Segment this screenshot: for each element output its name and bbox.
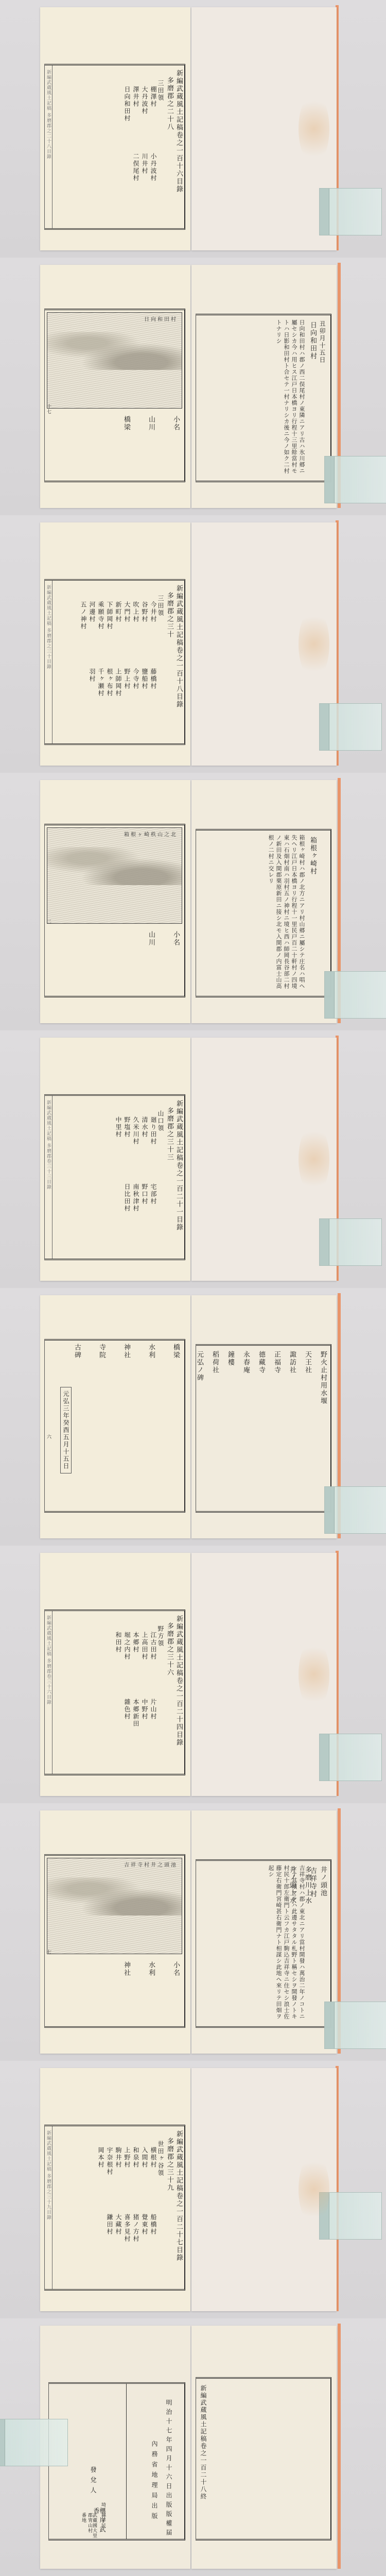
- printed-frame-left: 橋梁水利神社寺院古碑元弘三年癸酉五月十五日六: [44, 1339, 185, 1513]
- printed-frame-left: 日向和田村小名山川橋梁十七: [44, 309, 185, 482]
- village-entry: 堀之内村: [124, 1632, 130, 1660]
- village-entry: 覺東村: [142, 2214, 148, 2235]
- sub-heading: 神社: [123, 1344, 130, 1359]
- named-entry: 諏訪社: [289, 1351, 295, 1374]
- named-entry: 稻荷社: [212, 1351, 218, 1374]
- village-entry: 宇奈根村: [107, 2147, 113, 2176]
- village-entry: 駒井村: [115, 2147, 121, 2168]
- page-number: 六: [46, 1434, 50, 1439]
- sub-heading: 橋梁: [123, 416, 130, 431]
- named-entry: 鐘樓: [227, 1351, 234, 1366]
- date-line: 丑卯月十五日: [319, 320, 325, 364]
- printed-frame-left: 箱根ヶ崎秩山之北小名山川二: [44, 824, 185, 997]
- left-page: 新編武蔵風土記稿 多磨郡之二十八目錄新編武蔵風土記稿卷之一百十六目錄多磨郡之二十…: [40, 7, 190, 250]
- photo-10-colophon: 明治十七年四月十六日出版版權届內務省地理局出版發兌人埼玉縣平民根岸武香武藏國大里…: [0, 2318, 386, 2576]
- hashira-text: 新編武蔵風土記稿 多磨郡卷三十六目錄: [46, 1615, 50, 1705]
- village-entry: 根ヶ布村: [107, 668, 113, 697]
- section-heading: 箱根ヶ崎村: [309, 837, 316, 875]
- volume-title: 新編武蔵風土記稿卷之一百二十七目錄: [176, 2130, 182, 2262]
- village-entry: 横根村: [150, 2147, 156, 2168]
- illustration-hills: [47, 332, 182, 370]
- hashira-text: 新編武蔵風土記稿 多磨郡之三十目錄: [46, 585, 50, 669]
- village-entry: 鎌田村: [107, 2214, 113, 2235]
- village-entry: 日向和田村: [124, 86, 130, 122]
- printed-frame: 新編武蔵風土記稿 多磨郡之三十九目錄新編武蔵風土記稿卷之一百二十七目錄多磨郡之三…: [44, 2125, 185, 2291]
- named-entry: 德藏寺: [258, 1351, 265, 1374]
- district-heading: 多磨郡之三十九: [166, 2138, 173, 2192]
- sub-heading: 水利: [148, 1961, 154, 1977]
- village-entry: 藤橋村: [150, 668, 156, 690]
- volume-title: 新編武蔵風土記稿卷之一百二十四目錄: [176, 1615, 182, 1747]
- named-entry: 野火止村用水堰: [320, 1351, 326, 1405]
- acrylic-page-weight: [319, 188, 382, 235]
- domain-heading: 山口領: [157, 1110, 164, 1132]
- illustration-caption: 吉祥寺村井之頭池: [124, 1860, 178, 1868]
- village-entry: 野塩村: [124, 1116, 130, 1138]
- photo-3-toc: 新編武蔵風土記稿 多磨郡之三十目錄新編武蔵風土記稿卷之一百十八目錄多磨郡之三十三…: [0, 515, 386, 773]
- village-entry: 大丹波村: [142, 86, 148, 115]
- village-entry: 野口村: [142, 1183, 148, 1205]
- body-text: 日向和田村ハ郡ノ西二俣尾村ノ東隣ニアリ古ハ氷川郷ニ屬セシカ今ハ用ヒス江戸日本橋ヨ…: [199, 319, 306, 477]
- acrylic-page-weight: [324, 1486, 386, 1534]
- hashira: 新編武蔵風土記稿 多磨郡之二十八目錄: [45, 65, 52, 228]
- left-page: 日向和田村小名山川橋梁十七: [40, 265, 190, 508]
- printed-frame-right: 日向和田村丑卯月十五日日向和田村ハ郡ノ西二俣尾村ノ東隣ニアリ古ハ氷川郷ニ屬セシカ…: [196, 314, 331, 482]
- sub-heading: 小名: [172, 416, 179, 431]
- left-page: 新編武蔵風土記稿 多磨郡之三十目錄新編武蔵風土記稿卷之一百十八目錄多磨郡之三十三…: [40, 522, 190, 766]
- seller-address-number: 番地: [81, 2513, 85, 2523]
- sub-heading: 神社: [123, 1961, 130, 1977]
- village-entry: 大門村: [124, 601, 130, 623]
- left-page: 新編武蔵風土記稿 多磨郡卷三十六目錄新編武蔵風土記稿卷之一百二十四目錄多磨郡之三…: [40, 1553, 190, 1796]
- volume-title: 新編武蔵風土記稿卷之一百十六目錄: [176, 70, 182, 193]
- section-heading: 日向和田村: [309, 321, 316, 360]
- village-entry: 羽村: [89, 668, 95, 683]
- village-entry: 千ヶ瀬村: [98, 668, 104, 697]
- village-entry: 今井村: [150, 601, 156, 623]
- printed-frame: 新編武蔵風土記稿 多磨郡卷三十三目錄新編武蔵風土記稿卷之一百二十一目錄多磨郡之三…: [44, 1094, 185, 1260]
- village-entry: 下師岡村: [107, 601, 113, 630]
- village-entry: 二俣尾村: [133, 153, 139, 182]
- village-entry: 上高田村: [142, 1632, 148, 1660]
- village-entry: 五ノ神村: [80, 601, 86, 630]
- landscape-illustration: 吉祥寺村井之頭池: [47, 1858, 182, 1954]
- village-entry: 猪ノ方村: [133, 2214, 139, 2243]
- hashira: 新編武蔵風土記稿 多磨郡卷三十六目錄: [45, 1611, 52, 1774]
- page-number: 七: [46, 1950, 50, 1955]
- landscape-illustration: 日向和田村: [47, 312, 182, 409]
- named-entry: 井ノ頭池: [320, 1866, 326, 1897]
- village-entry: 清水村: [142, 1116, 148, 1138]
- district-heading: 多磨郡之三十: [166, 592, 173, 638]
- village-entry: 南秋津村: [133, 1183, 139, 1212]
- photo-4-spread: 箱根ヶ崎秩山之北小名山川二箱根ヶ崎村箱根ヶ崎村ハ郡ノ北方ニアリ村山郷ニ屬シテ庄名…: [0, 773, 386, 1030]
- page-number: 十七: [46, 404, 50, 414]
- printed-frame: 新編武蔵風土記稿 多磨郡之二十八目錄新編武蔵風土記稿卷之一百十六目錄多磨郡之二十…: [44, 64, 185, 230]
- sub-heading: 小名: [172, 1961, 179, 1977]
- acrylic-page-weight: [324, 2002, 386, 2049]
- acrylic-page-weight: [324, 971, 386, 1019]
- illustration-hills: [47, 1877, 182, 1916]
- photo-1-toc: 新編武蔵風土記稿 多磨郡之二十八目錄新編武蔵風土記稿卷之一百十六目錄多磨郡之二十…: [0, 0, 386, 258]
- printed-frame: 新編武蔵風土記稿 多磨郡之三十目錄新編武蔵風土記稿卷之一百十八目錄多磨郡之三十三…: [44, 579, 185, 745]
- left-page: 橋梁水利神社寺院古碑元弘三年癸酉五月十五日六: [40, 1295, 190, 1538]
- stele-inscription: 元弘三年癸酉五月十五日: [60, 1387, 72, 1473]
- village-entry: 中野村: [142, 1699, 148, 1720]
- colophon-frame: 明治十七年四月十六日出版版權届內務省地理局出版發兌人埼玉縣平民根岸武香武藏國大里…: [48, 2382, 185, 2540]
- photo-9-toc: 新編武蔵風土記稿 多磨郡之三十九目錄新編武蔵風土記稿卷之一百二十七目錄多磨郡之三…: [0, 2061, 386, 2318]
- acrylic-page-weight: [319, 1734, 382, 1781]
- volume-title: 新編武蔵風土記稿卷之一百二十一目錄: [176, 1100, 182, 1231]
- named-entry: 永春庵: [242, 1351, 249, 1374]
- foxing-stain: [299, 608, 329, 680]
- village-entry: 雜色村: [124, 1699, 130, 1720]
- right-page: 日向和田村丑卯月十五日日向和田村ハ郡ノ西二俣尾村ノ東隣ニアリ古ハ氷川郷ニ屬セシカ…: [191, 265, 337, 508]
- sub-heading: 古碑: [74, 1344, 80, 1359]
- village-entry: 上野村: [124, 2147, 130, 2168]
- page-number: 二: [46, 919, 50, 924]
- foxing-stain: [299, 1638, 329, 1710]
- product-photo-gallery: 新編武蔵風土記稿 多磨郡之二十八目錄新編武蔵風土記稿卷之一百十六目錄多磨郡之二十…: [0, 0, 386, 2576]
- domain-heading: 世田ヶ谷領: [157, 2141, 164, 2177]
- illustration-hills: [47, 847, 182, 885]
- acrylic-page-weight: [319, 1218, 382, 1266]
- village-entry: 鹽船村: [142, 668, 148, 690]
- village-entry: 小丹波村: [150, 153, 156, 182]
- village-entry: 和泉村: [133, 2147, 139, 2168]
- named-entry: 正福寺: [273, 1351, 280, 1374]
- hashira-text: 新編武蔵風土記稿 多磨郡之三十九目錄: [46, 2130, 50, 2220]
- village-entry: 中里村: [115, 1116, 121, 1138]
- foxing-stain: [299, 2154, 329, 2226]
- right-page: 新編武蔵風土記稿卷之一百二十八終: [191, 2326, 337, 2569]
- landscape-illustration: 箱根ヶ崎秩山之北: [47, 827, 182, 924]
- sub-heading: 橋梁: [172, 1344, 179, 1359]
- acrylic-page-weight: [0, 2419, 68, 2466]
- publication-date: 明治十七年四月十六日出版版權届: [166, 2399, 172, 2538]
- section-heading: 吉祥寺村: [309, 1867, 316, 1898]
- village-entry: 喜多見村: [124, 2214, 130, 2243]
- photo-6-spread: 橋梁水利神社寺院古碑元弘三年癸酉五月十五日六野火止村用水堰天王社諏訪社正福寺德藏…: [0, 1288, 386, 1546]
- village-entry: 上師岡村: [115, 668, 121, 697]
- district-heading: 多磨郡之三十三: [166, 1107, 173, 1161]
- photo-8-spread: 吉祥寺村井之頭池小名水利神社七井ノ頭池多磨川上水井ノ頭上水吉祥寺村吉祥寺村ハ郡ノ…: [0, 1803, 386, 2061]
- village-entry: 棚澤村: [150, 86, 156, 108]
- left-page: 箱根ヶ崎秩山之北小名山川二: [40, 780, 190, 1023]
- printed-frame-left: 吉祥寺村井之頭池小名水利神社七: [44, 1854, 185, 2028]
- named-entry: 天王社: [304, 1351, 311, 1374]
- printed-frame-right: 野火止村用水堰天王社諏訪社正福寺德藏寺永春庵鐘樓稻荷社元弘ノ碑: [196, 1344, 331, 1513]
- right-page: 箱根ヶ崎村箱根ヶ崎村ハ郡ノ北方ニアリ村山郷ニ屬シテ庄名ハ唱ヘ失ヘリ江戸日本橋ヨリ…: [191, 780, 337, 1023]
- village-entry: 江古田村: [150, 1632, 156, 1660]
- hashira: 新編武蔵風土記稿 多磨郡之三十目錄: [45, 581, 52, 743]
- right-page: 野火止村用水堰天王社諏訪社正福寺德藏寺永春庵鐘樓稻荷社元弘ノ碑: [191, 1295, 337, 1538]
- hashira-text: 新編武蔵風土記稿 多磨郡卷三十三目錄: [46, 1100, 50, 1190]
- closing-line: 新編武蔵風土記稿卷之一百二十八終: [200, 2385, 206, 2500]
- seller-label: 發兌人: [90, 2466, 96, 2497]
- district-heading: 多磨郡之三十六: [166, 1622, 173, 1676]
- village-entry: 和田村: [115, 1632, 121, 1653]
- acrylic-page-weight: [324, 456, 386, 503]
- village-entry: 船橋村: [150, 2214, 156, 2235]
- sub-heading: 山川: [148, 931, 154, 946]
- village-entry: 日比田村: [124, 1183, 130, 1212]
- village-entry: 今寺村: [133, 668, 139, 690]
- village-entry: 片山村: [150, 1699, 156, 1720]
- left-page: 新編武蔵風土記稿 多磨郡卷三十三目錄新編武蔵風土記稿卷之一百二十一目錄多磨郡之三…: [40, 1038, 190, 1281]
- illustration-caption: 日向和田村: [144, 315, 178, 323]
- village-entry: 廻り田村: [150, 1116, 156, 1145]
- right-page: 井ノ頭池多磨川上水井ノ頭上水吉祥寺村吉祥寺村ハ郡ノ東北ニアリ當村開發ハ萬治二年ノ…: [191, 1810, 337, 2054]
- village-entry: 久米川村: [133, 1116, 139, 1145]
- domain-heading: 野方領: [157, 1625, 164, 1647]
- named-entry: 元弘ノ碑: [196, 1351, 203, 1382]
- printed-frame-right: 箱根ヶ崎村箱根ヶ崎村ハ郡ノ北方ニアリ村山郷ニ屬シテ庄名ハ唱ヘ失ヘリ江戸日本橋ヨリ…: [196, 829, 331, 997]
- sub-heading: 水利: [148, 1344, 154, 1359]
- village-entry: 大藏村: [115, 2214, 121, 2235]
- village-entry: 川井村: [142, 153, 148, 175]
- hashira: 新編武蔵風土記稿 多磨郡卷三十三目錄: [45, 1096, 52, 1259]
- village-entry: 入間村: [142, 2147, 148, 2168]
- domain-heading: 三田領: [157, 80, 164, 101]
- village-entry: 吹上村: [133, 601, 139, 623]
- photo-7-toc: 新編武蔵風土記稿 多磨郡卷三十六目錄新編武蔵風土記稿卷之一百二十四目錄多磨郡之三…: [0, 1546, 386, 1803]
- volume-title: 新編武蔵風土記稿卷之一百十八目錄: [176, 585, 182, 708]
- village-entry: 澤井村: [133, 86, 139, 108]
- publisher: 內務省地理局出版: [151, 2441, 157, 2523]
- village-entry: 新町村: [115, 601, 121, 623]
- village-entry: 河邊村: [89, 601, 95, 623]
- village-entry: 岡本村: [98, 2147, 104, 2168]
- foxing-stain: [299, 93, 329, 165]
- left-page: 吉祥寺村井之頭池小名水利神社七: [40, 1810, 190, 2054]
- village-entry: 本郷村: [133, 1632, 139, 1653]
- photo-2-spread: 日向和田村小名山川橋梁十七日向和田村丑卯月十五日日向和田村ハ郡ノ西二俣尾村ノ東隣…: [0, 258, 386, 515]
- village-entry: 乘願寺村: [98, 601, 104, 630]
- photo-5-toc: 新編武蔵風土記稿 多磨郡卷三十三目錄新編武蔵風土記稿卷之一百二十一目錄多磨郡之三…: [0, 1030, 386, 1288]
- hashira: 新編武蔵風土記稿 多磨郡之三十九目錄: [45, 2126, 52, 2289]
- district-heading: 多磨郡之二十八: [166, 77, 173, 131]
- seller-address: 武藏國大里郡冑山村: [87, 2513, 96, 2539]
- hashira-text: 新編武蔵風土記稿 多磨郡之二十八目錄: [46, 70, 50, 159]
- village-entry: 本郷新田: [133, 1699, 139, 1727]
- colophon-divider: [126, 2384, 127, 2539]
- acrylic-page-weight: [319, 703, 382, 751]
- body-text: 吉祥寺村ハ郡ノ東北ニアリ當村開發ハ萬治二年ノコトニシテ其頃マテハ此邊サタタル札野…: [199, 1865, 306, 2022]
- cover-edge: [338, 2324, 341, 2569]
- village-entry: 野上村: [124, 668, 130, 690]
- left-page: 新編武蔵風土記稿 多磨郡之三十九目錄新編武蔵風土記稿卷之一百二十七目錄多磨郡之三…: [40, 2068, 190, 2311]
- foxing-stain: [299, 1123, 329, 1195]
- illustration-caption: 箱根ヶ崎秩山之北: [124, 830, 178, 838]
- printed-frame-right: 新編武蔵風土記稿卷之一百二十八終: [196, 2377, 331, 2540]
- sub-heading: 小名: [172, 931, 179, 946]
- village-entry: 宅部村: [150, 1183, 156, 1205]
- village-entry: 谷野村: [142, 601, 148, 623]
- printed-frame-right: 井ノ頭池多磨川上水井ノ頭上水吉祥寺村吉祥寺村ハ郡ノ東北ニアリ當村開發ハ萬治二年ノ…: [196, 1859, 331, 2028]
- domain-heading: 三田領: [157, 595, 164, 617]
- printed-frame: 新編武蔵風土記稿 多磨郡卷三十六目錄新編武蔵風土記稿卷之一百二十四目錄多磨郡之三…: [44, 1609, 185, 1775]
- sub-heading: 寺院: [98, 1344, 105, 1359]
- sub-heading: 山川: [148, 416, 154, 431]
- body-text: 箱根ヶ崎村ハ郡ノ北方ニアリ村山郷ニ屬シテ庄名ハ唱ヘ失ヘリ江戸日本橋ヨリ行程十一里…: [199, 835, 306, 992]
